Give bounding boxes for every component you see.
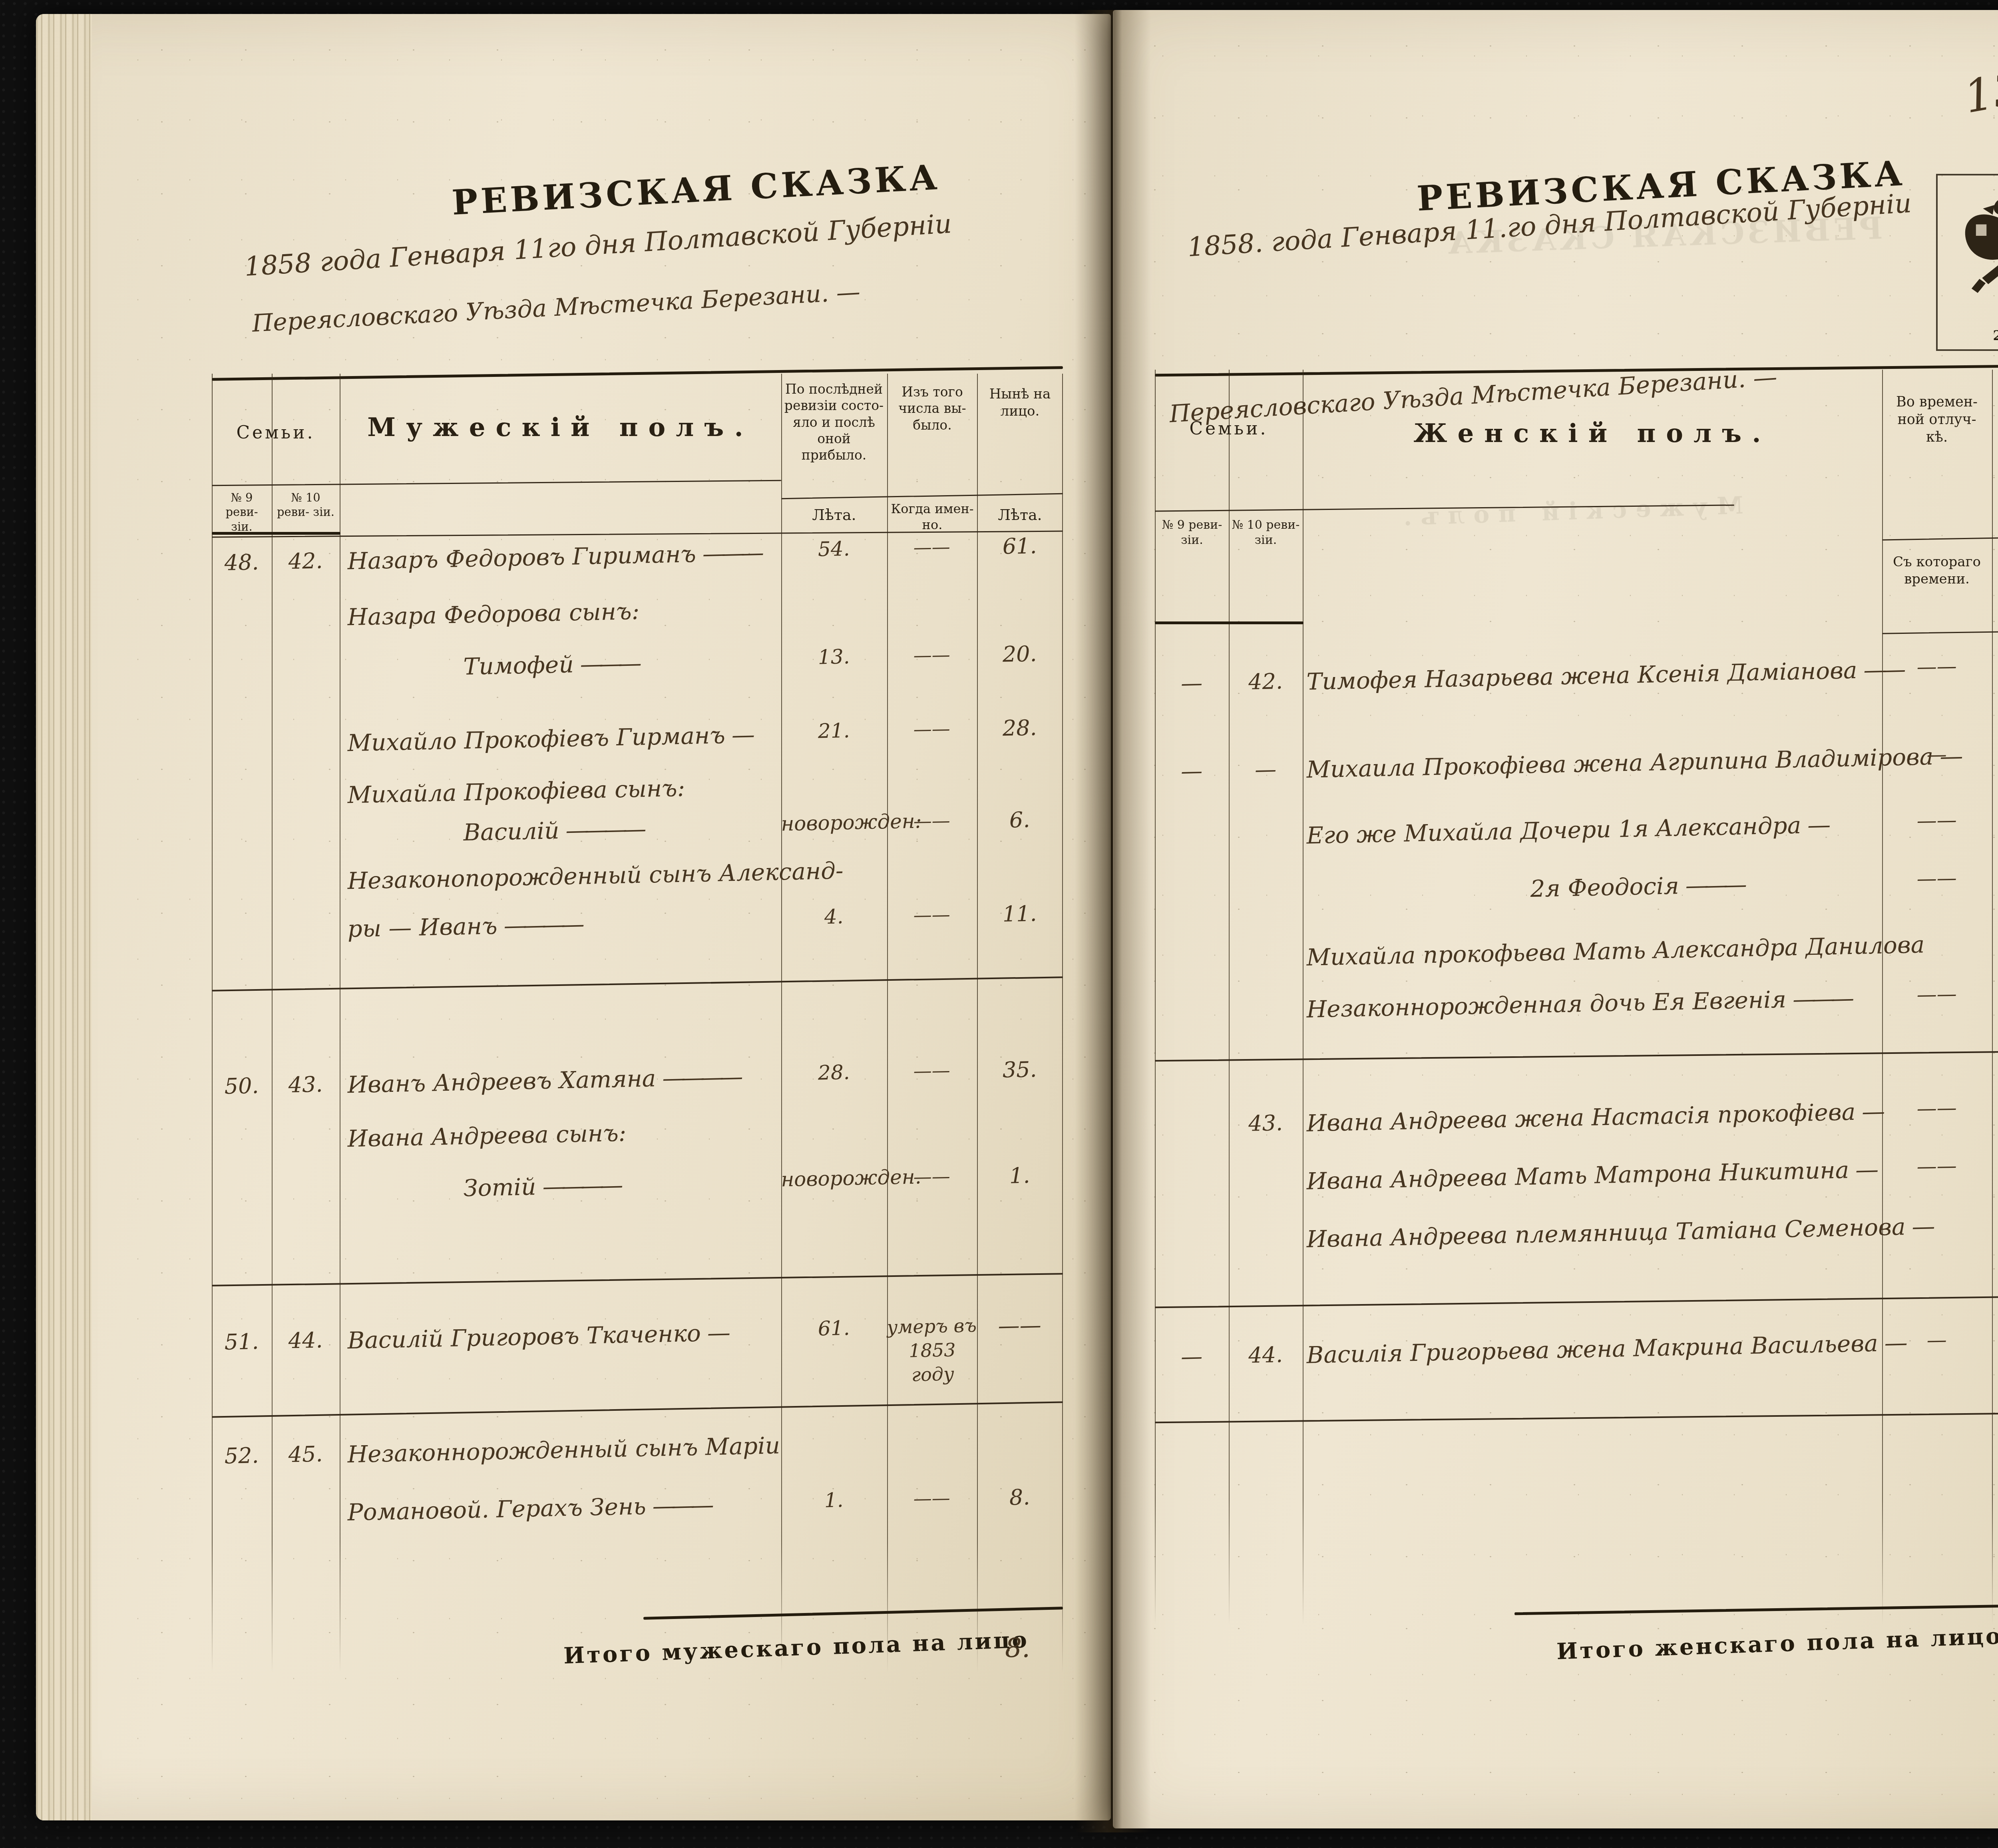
absent-since: —— [1882,808,1992,833]
header-families: Семьи. [1155,418,1303,440]
revision-list-spread: РЕВИЗСКАЯ СКАЗКА 1858 года Генваря 11го … [0,0,1998,1848]
header-divider [212,480,781,486]
person-name: Тимофей [463,651,574,680]
rev9-number: 48. [211,549,272,576]
total-label: Итого женскаго пола на лицо [1556,1623,1998,1665]
total-value: 8. [1005,1633,1030,1663]
footer-rule [1514,1603,1998,1615]
ditto-line: ———— [497,910,581,939]
age-now: 8. [977,1484,1063,1511]
table-row: 52. 45. Незаконнорожденный сынъ Маріи [211,1426,1063,1492]
age-last-revision: 61. [781,1316,887,1341]
departed-when: —— [887,902,977,928]
table-row: 2я Феодосія——— —— 1. [1154,863,1998,931]
age-now: 30. [1992,1093,1998,1120]
footer-rule [643,1607,1063,1620]
book-gutter [1075,10,1151,1832]
rev10-number: 43. [271,1071,340,1098]
age-last-revision: 4. [781,904,887,930]
person-entry: Тимофея Назарьева жена Ксенія Даміанова—… [1306,656,1882,695]
rev9-number: 52. [211,1442,272,1469]
ditto-line: — [1801,811,1827,838]
person-entry: Ивана Андреева жена Настасія прокофіева— [1306,1098,1882,1137]
table-row: — 44. Василія Григорьева жена Макрина Ва… [1154,1325,1998,1392]
ditto-line: — [1905,1213,1931,1240]
age-now: 6. [977,807,1063,833]
person-entry: Михайла прокофьева Мать Александра Данил… [1306,930,1986,971]
absent-since: —— [1882,1153,1992,1179]
person-name: Михайла прокофьева Мать Александра Данил… [1306,931,1925,971]
header-present: Нынѣ на лицо. [1994,398,1998,433]
subheader-since: Съ котораго времени. [1885,554,1989,587]
person-name: Назара Федорова сынъ: [347,597,640,631]
age-last-revision: новорожден: [781,810,887,836]
rev10-number: 44. [1228,1342,1303,1368]
stamp-denomination: 2 коп. [1938,328,1998,344]
table-row: Его же Михайла Дочери 1я Александра— —— … [1154,805,1998,873]
departed-when: —— [887,808,977,834]
header-divider [1882,536,1998,540]
age-now: 11. [977,900,1063,927]
age-now: 35. [977,1056,1063,1083]
family-separator [1155,1050,1998,1062]
page-number: 1370 [1960,52,1998,123]
place-line: Переясловскаго Уѣзда Мѣстечка Березани. … [251,278,861,338]
age-now: 58. [1992,1151,1998,1178]
departed-when: —— [887,1486,977,1511]
ditto-line: — [1849,1156,1875,1183]
rev9-number: — [1154,1343,1229,1370]
bleed-through-text: Мужескій полъ. [1394,492,1744,532]
table-row: Романовой. Герахъ Зень——— 1. —— 8. [211,1484,1063,1550]
ditto-line: ———— [559,815,643,844]
age-last-revision: новорожден. [781,1166,887,1191]
person-name: Ивана Андреева сынъ: [347,1119,627,1153]
person-name: Незаконнорожденная дочь Ея Евгенія [1306,986,1787,1023]
header-families: Семьи. [212,422,340,444]
person-name: Тимофея Назарьева жена Ксенія Даміанова [1306,657,1857,695]
header-rev9: № 9 реви- зіи. [1158,518,1226,548]
table-row: — 42. Тимофея Назарьева жена Ксенія Дамі… [1154,651,1998,719]
departed-when: —— [887,716,977,742]
subheader-when: Когда имен- но. [888,501,976,533]
departed-when: —— [887,642,977,668]
age-now: 20. [977,641,1063,667]
person-name: Незаконнорожденный сынъ Маріи [347,1432,780,1468]
date-line: 1858 года Генваря 11го дня Полтавской Гу… [243,208,952,282]
departed-when: умеръ въ 1853 году [887,1314,978,1387]
double-eagle-icon [1949,179,1998,311]
ditto-line: ——— [646,1491,710,1519]
age-now: 1. [977,1162,1063,1189]
rev10-number: — [1228,756,1303,783]
departed-when: —— [887,1058,977,1083]
age-now: 9. [1992,1209,1998,1236]
header-absent: Во времен- ной отлуч- кѣ. [1885,394,1989,446]
table-top-rule [1155,364,1998,377]
age-now: 51. [1992,927,1998,954]
person-entry: Незаконнорожденный сынъ Маріи [347,1432,781,1468]
age-now: 61. [977,533,1063,560]
departed-when: —— [887,534,977,560]
ditto-line: ——— [573,649,638,678]
ditto-line: ——— [1679,871,1743,899]
table-row: 51. 44. Василій Григоровъ Ткаченко— 61. … [211,1312,1063,1378]
absent-since: — [1882,742,1992,767]
page-stack-left [36,14,92,1820]
person-name: Его же Михайла Дочери 1я Александра [1306,812,1801,849]
header-departed: Изъ того числа вы- было. [890,384,975,433]
table-row: Ивана Андреева племянница Татіана Семено… [1154,1209,1998,1276]
age-now: —— [977,1312,1063,1339]
header-rev10: № 10 реви- зіи. [1231,518,1301,548]
person-name: Назаръ Федоровъ Гириманъ [347,540,697,575]
person-name: Михайла Прокофіева сынъ: [347,775,685,809]
person-name: Ивана Андреева жена Настасія прокофіева [1306,1098,1856,1137]
table-row: 50. 43. Иванъ Андреевъ Хатяна———— 28. ——… [211,1056,1063,1122]
table-row: — — Михаила Прокофіева жена Агрипина Вла… [1154,739,1998,807]
rev9-number: — [1154,670,1229,697]
person-entry: Ивана Андреева Мать Матрона Никитина— [1306,1156,1882,1195]
person-name: ры — Иванъ [347,912,498,942]
header-bottom-rule [1882,630,1998,634]
person-entry: Василій Григоровъ Ткаченко— [347,1318,781,1354]
subheader-leta: Лѣта. [1994,562,1998,581]
age-now: 1. [1992,863,1998,890]
person-name: Ивана Андреева племянница Татіана Семено… [1306,1213,1906,1253]
absent-since: —— [1882,1095,1992,1121]
revenue-stamp: 2 коп. [1936,174,1998,351]
age-last-revision: 13. [781,644,887,670]
rev10-number: 42. [1228,668,1303,695]
header-rev9: № 9 реви- зіи. [214,490,270,534]
person-name: Михайло Прокофіевъ Гирманъ [347,721,726,757]
age-now: 28. [977,715,1063,741]
ditto-line: ——— [1786,984,1850,1013]
female-table: Мужескій полъ. Семьи. Женскій полъ. Во в… [1155,370,1998,1673]
absent-since: —— [1882,866,1992,891]
person-entry: Ивана Андреева племянница Татіана Семено… [1306,1214,1882,1253]
header-rev10: № 10 реви- зіи. [274,490,338,520]
subheader-leta: Лѣта. [781,506,887,525]
absent-since: —— [1882,982,1992,1007]
family-separator [1155,1412,1998,1424]
age-last-revision: 54. [781,536,887,562]
rev9-number: 51. [211,1328,272,1355]
absent-since: —— [1882,654,1992,679]
rev9-number: 50. [211,1073,272,1099]
age-last-revision: 28. [781,1060,887,1085]
age-last-revision: 21. [781,718,887,744]
left-page: РЕВИЗСКАЯ СКАЗКА 1858 года Генваря 11го … [36,14,1111,1820]
ditto-line: ———— [536,1171,619,1200]
header-bottom-heavy [1155,621,1303,624]
person-entry: Василія Григорьева жена Макрина Васильев… [1306,1330,1882,1369]
ditto-line: — [700,1319,726,1346]
age-now: 27. [1992,739,1998,767]
person-name: Михаила Прокофіева жена Агрипина Владимі… [1306,743,1934,783]
person-entry: Иванъ Андреевъ Хатяна———— [347,1062,781,1098]
subheader-leta-now: Лѣта. [977,506,1063,525]
person-name: Иванъ Андреевъ Хатяна [347,1065,656,1098]
family-separator [1155,1295,1998,1308]
header-present: Нынѣ на лицо. [979,386,1061,420]
person-name: Василій [463,817,559,846]
rev10-number: 43. [1228,1110,1303,1137]
person-entry: Его же Михайла Дочери 1я Александра— [1306,810,1882,849]
age-now: 21. [1992,651,1998,679]
total-label: Итого мужескаго пола на лицо [563,1627,1029,1669]
age-now: 63. [1992,1325,1998,1352]
table-row: 48. 42. Назаръ Федоровъ Гириманъ——— 54. … [211,533,1063,599]
absent-since: — [1882,1327,1992,1353]
person-name: 2я Феодосія [1530,872,1680,902]
ditto-line: — [725,721,751,749]
person-name: Романовой. Герахъ Зень [347,1493,646,1526]
person-entry: Михайло Прокофіевъ Гирманъ— [347,720,781,757]
person-name: Василія Григорьева жена Макрина Васильев… [1306,1330,1878,1369]
rev9-number: — [1154,758,1229,785]
person-entry: Назара Федорова сынъ: [347,594,781,631]
person-entry: Назаръ Федоровъ Гириманъ——— [347,538,781,575]
header-last-revision: По послѣдней ревизіи состо- яло и послѣ … [784,381,884,463]
age-now: 3. [1992,805,1998,832]
person-name: Василій Григоровъ Ткаченко [347,1320,701,1354]
right-page: 1370 РЕВИЗСКАЯ СКАЗКА РЕВИЗСКАЯ СКАЗКА 1… [1113,10,1998,1828]
person-name: Ивана Андреева Мать Матрона Никитина [1306,1156,1849,1195]
table-vline [1155,370,1156,1625]
age-now: 20. [1992,979,1998,1006]
person-name: Зотій [463,1173,536,1202]
departed-when: —— [887,1164,977,1189]
header-male-sex: Мужескій полъ. [340,412,781,444]
person-entry: Романовой. Герахъ Зень——— [347,1490,781,1526]
rev10-number: 44. [271,1327,340,1354]
ditto-line: — [1855,1098,1881,1125]
ditto-line: ———— [656,1063,739,1092]
header-female-sex: Женскій полъ. [1303,418,1882,450]
person-entry: Михайла Прокофіева сынъ: [347,772,781,808]
rev10-number: 45. [271,1441,340,1468]
header-divider [781,493,1063,499]
male-table: Семьи. Мужескій полъ. По послѣдней ревиз… [212,374,1063,1677]
rev10-number: 42. [271,548,340,575]
age-last-revision: 1. [781,1488,887,1513]
ditto-line: ——— [696,539,760,568]
person-entry: Михаила Прокофіева жена Агрипина Владимі… [1306,744,1882,783]
table-row: Ивана Андреева Мать Матрона Никитина— ——… [1154,1151,1998,1219]
person-entry: Ивана Андреева сынъ: [347,1116,781,1152]
table-row: 43. Ивана Андреева жена Настасія прокофі… [1154,1093,1998,1161]
